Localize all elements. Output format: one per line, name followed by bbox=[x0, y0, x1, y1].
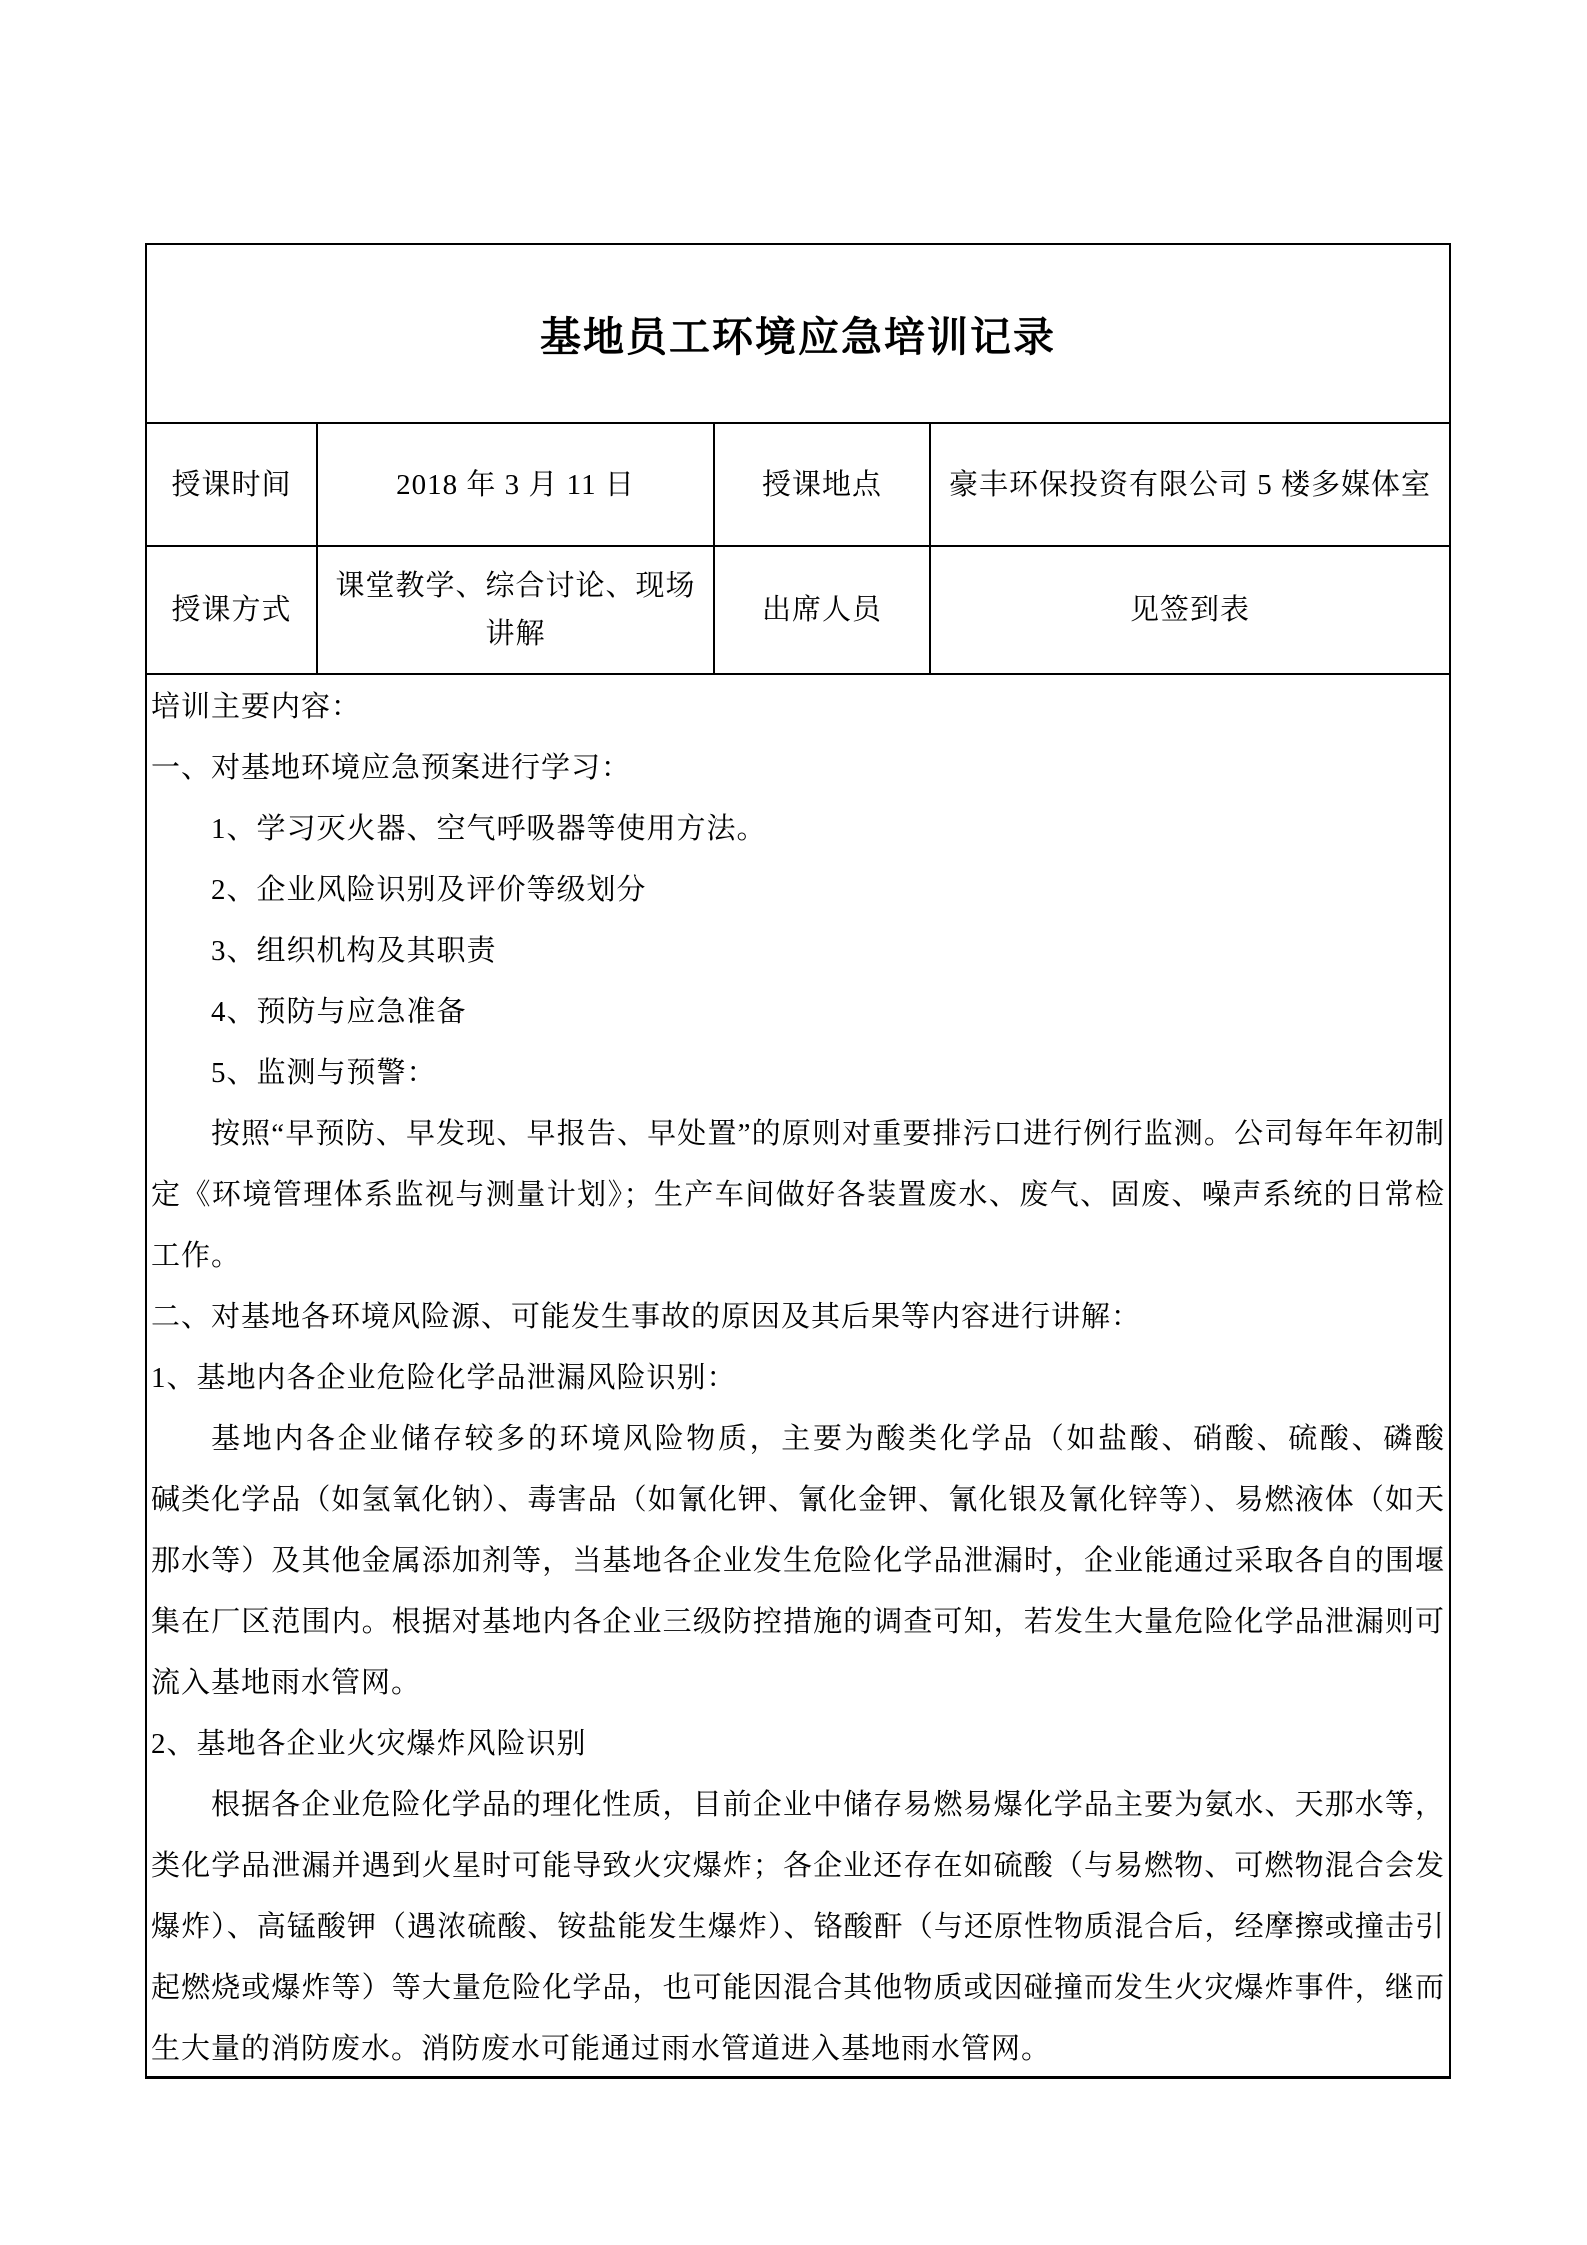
content-line: 2、企业风险识别及评价等级划分 bbox=[151, 860, 1445, 921]
content-line: 1、基地内各企业危险化学品泄漏风险识别： bbox=[151, 1348, 1445, 1409]
content-line: 碱类化学品（如氢氧化钠）、毒害品（如氰化钾、氰化金钾、氰化银及氰化锌等）、易燃液… bbox=[151, 1470, 1445, 1531]
content-line: 根据各企业危险化学品的理化性质，目前企业中储存易燃易爆化学品主要为氨水、天那水等… bbox=[151, 1775, 1445, 1836]
content-line: 4、预防与应急准备 bbox=[151, 982, 1445, 1043]
content-line: 3、组织机构及其职责 bbox=[151, 921, 1445, 982]
content-line: 基地内各企业储存较多的环境风险物质，主要为酸类化学品（如盐酸、硝酸、硫酸、磷酸等… bbox=[151, 1409, 1445, 1470]
content-line: 集在厂区范围内。根据对基地内各企业三级防控措施的调查可知，若发生大量危险化学品泄… bbox=[151, 1592, 1445, 1653]
content-line: 起燃烧或爆炸等）等大量危险化学品，也可能因混合其他物质或因碰撞而发生火灾爆炸事件… bbox=[151, 1958, 1445, 2019]
label-teaching-time: 授课时间 bbox=[147, 424, 318, 545]
content-line: 一、对基地环境应急预案进行学习： bbox=[151, 738, 1445, 799]
content-line: 二、对基地各环境风险源、可能发生事故的原因及其后果等内容进行讲解： bbox=[151, 1287, 1445, 1348]
page-title: 基地员工环境应急培训记录 bbox=[540, 304, 1056, 363]
content-line: 5、监测与预警： bbox=[151, 1043, 1445, 1104]
label-teaching-location: 授课地点 bbox=[715, 424, 931, 545]
content-line: 工作。 bbox=[151, 1226, 1445, 1287]
label-teaching-method: 授课方式 bbox=[147, 547, 318, 673]
content-line: 定《环境管理体系监视与测量计划》；生产车间做好各装置废水、废气、固废、噪声系统的… bbox=[151, 1165, 1445, 1226]
training-record-table: 基地员工环境应急培训记录 授课时间 2018 年 3 月 11 日 授课地点 豪… bbox=[145, 243, 1451, 2079]
content-line: 类化学品泄漏并遇到火星时可能导致火灾爆炸；各企业还存在如硫酸（与易燃物、可燃物混… bbox=[151, 1836, 1445, 1897]
label-attendees: 出席人员 bbox=[715, 547, 931, 673]
info-row-2: 授课方式 课堂教学、综合讨论、现场讲解 出席人员 见签到表 bbox=[147, 547, 1449, 675]
content-line: 1、学习灭火器、空气呼吸器等使用方法。 bbox=[151, 799, 1445, 860]
value-teaching-method: 课堂教学、综合讨论、现场讲解 bbox=[318, 547, 715, 673]
training-content: 培训主要内容：一、对基地环境应急预案进行学习：1、学习灭火器、空气呼吸器等使用方… bbox=[147, 675, 1449, 2076]
title-row: 基地员工环境应急培训记录 bbox=[147, 245, 1449, 424]
value-attendees: 见签到表 bbox=[931, 547, 1449, 673]
value-teaching-time: 2018 年 3 月 11 日 bbox=[318, 424, 715, 545]
content-line: 2、基地各企业火灾爆炸风险识别 bbox=[151, 1714, 1445, 1775]
content-line: 爆炸）、高锰酸钾（遇浓硫酸、铵盐能发生爆炸）、铬酸酐（与还原性物质混合后，经摩擦… bbox=[151, 1897, 1445, 1958]
content-line: 按照“早预防、早发现、早报告、早处置”的原则对重要排污口进行例行监测。公司每年年… bbox=[151, 1104, 1445, 1165]
content-line: 培训主要内容： bbox=[151, 677, 1445, 738]
value-teaching-location: 豪丰环保投资有限公司 5 楼多媒体室 bbox=[931, 424, 1449, 545]
content-line: 那水等）及其他金属添加剂等，当基地各企业发生危险化学品泄漏时，企业能通过采取各自… bbox=[151, 1531, 1445, 1592]
content-line: 生大量的消防废水。消防废水可能通过雨水管道进入基地雨水管网。 bbox=[151, 2019, 1445, 2076]
info-row-1: 授课时间 2018 年 3 月 11 日 授课地点 豪丰环保投资有限公司 5 楼… bbox=[147, 424, 1449, 547]
content-line: 流入基地雨水管网。 bbox=[151, 1653, 1445, 1714]
